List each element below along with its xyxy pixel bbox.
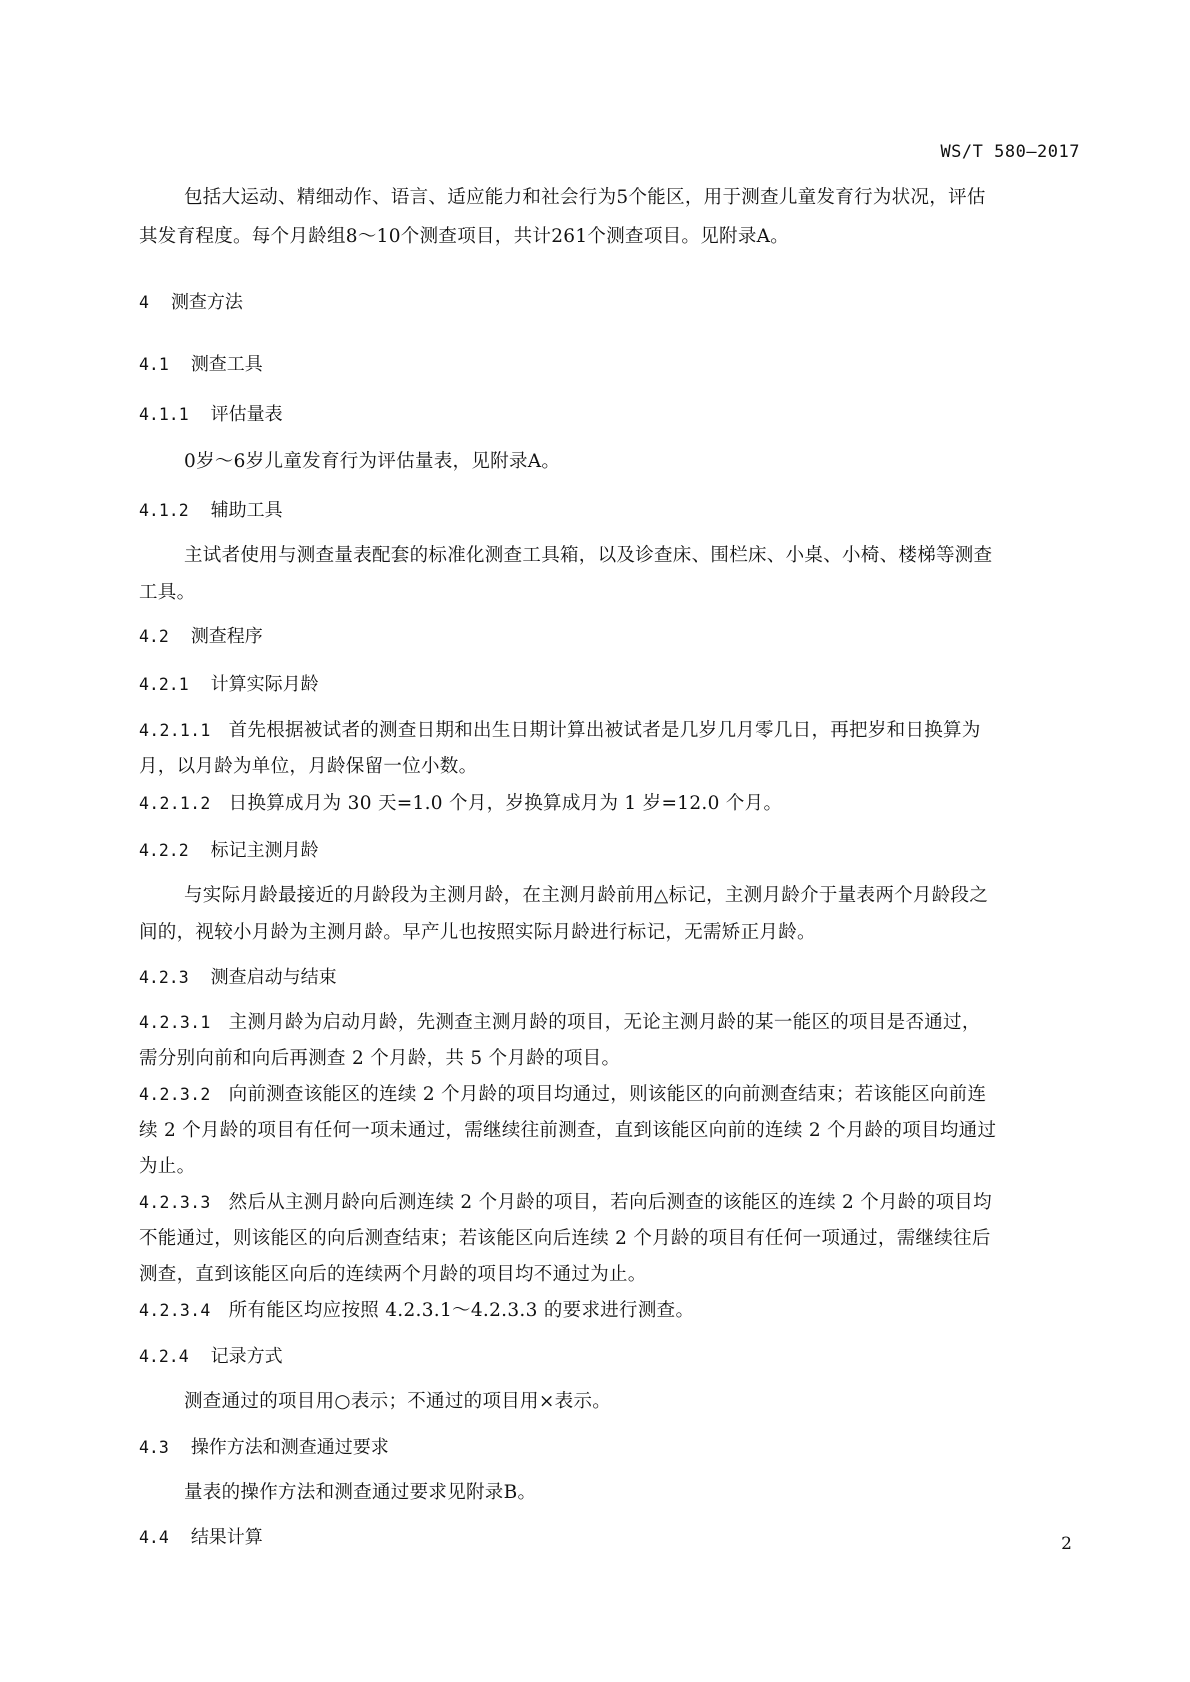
section-title: 测查工具	[191, 354, 263, 375]
section-title: 记录方式	[211, 1346, 283, 1367]
section-number: 4.2.3	[139, 968, 189, 987]
clause-4-2-1-1-line-1: 4.2.1.1首先根据被试者的测查日期和出生日期计算出被试者是几岁几月零几日，再…	[139, 716, 981, 742]
clause-4-2-3-2-line-2: 续 2 个月龄的项目有任何一项未通过，需继续往前测查，直到该能区向前的连续 2 …	[139, 1116, 996, 1142]
clause-number: 4.2.1.2	[139, 794, 211, 813]
section-title: 计算实际月龄	[211, 674, 319, 695]
section-title: 测查程序	[191, 626, 263, 647]
section-title: 测查启动与结束	[211, 967, 337, 988]
clause-4-2-3-3-line-2: 不能通过，则该能区的向后测查结束；若该能区向后连续 2 个月龄的项目有任何一项通…	[139, 1224, 991, 1250]
section-4-3-heading: 4.3操作方法和测查通过要求	[139, 1433, 389, 1459]
section-4-heading: 4测查方法	[139, 288, 243, 314]
section-4-1-heading: 4.1测查工具	[139, 350, 263, 376]
section-4-2-2-heading: 4.2.2标记主测月龄	[139, 836, 319, 862]
section-number: 4.1	[139, 355, 169, 374]
section-title: 辅助工具	[211, 500, 283, 521]
clause-number: 4.2.1.1	[139, 721, 211, 740]
clause-4-2-3-4-line-1: 4.2.3.4所有能区均应按照 4.2.3.1～4.2.3.3 的要求进行测查。	[139, 1296, 694, 1322]
clause-text: 主测月龄为启动月龄，先测查主测月龄的项目，无论主测月龄的某一能区的项目是否通过，	[229, 1012, 981, 1033]
document-page: WS/T 580—2017 包括大运动、精细动作、语言、适应能力和社会行为5个能…	[0, 0, 1190, 1682]
clause-text: 向前测查该能区的连续 2 个月龄的项目均通过，则该能区的向前测查结束；若该能区向…	[229, 1084, 987, 1105]
clause-number: 4.2.3.2	[139, 1085, 211, 1104]
section-4-1-2-line-2: 工具。	[139, 578, 195, 604]
clause-4-2-3-2-line-1: 4.2.3.2向前测查该能区的连续 2 个月龄的项目均通过，则该能区的向前测查结…	[139, 1080, 986, 1106]
section-number: 4.4	[139, 1528, 169, 1547]
section-4-2-2-line-1: 与实际月龄最接近的月龄段为主测月龄，在主测月龄前用△标记，主测月龄介于量表两个月…	[184, 881, 988, 907]
clause-number: 4.2.3.3	[139, 1193, 211, 1212]
section-4-2-heading: 4.2测查程序	[139, 622, 263, 648]
section-number: 4	[139, 293, 149, 312]
section-number: 4.1.1	[139, 405, 189, 424]
section-number: 4.2.1	[139, 675, 189, 694]
section-4-2-1-heading: 4.2.1计算实际月龄	[139, 670, 319, 696]
clause-text: 然后从主测月龄向后测连续 2 个月龄的项目，若向后测查的该能区的连续 2 个月龄…	[229, 1192, 992, 1213]
clause-number: 4.2.3.1	[139, 1013, 211, 1032]
clause-4-2-3-2-line-3: 为止。	[139, 1152, 195, 1178]
section-number: 4.2	[139, 627, 169, 646]
section-number: 4.3	[139, 1438, 169, 1457]
clause-text: 所有能区均应按照 4.2.3.1～4.2.3.3 的要求进行测查。	[229, 1300, 695, 1321]
section-4-2-4-text: 测查通过的项目用○表示；不通过的项目用×表示。	[184, 1387, 611, 1413]
clause-4-2-3-1-line-1: 4.2.3.1主测月龄为启动月龄，先测查主测月龄的项目，无论主测月龄的某一能区的…	[139, 1008, 981, 1034]
section-4-2-4-heading: 4.2.4记录方式	[139, 1342, 283, 1368]
section-4-4-heading: 4.4结果计算	[139, 1523, 263, 1549]
clause-4-2-3-1-line-2: 需分别向前和向后再测查 2 个月龄，共 5 个月龄的项目。	[139, 1044, 620, 1070]
section-title: 结果计算	[191, 1527, 263, 1548]
section-4-1-2-line-1: 主试者使用与测查量表配套的标准化测查工具箱，以及诊查床、围栏床、小桌、小椅、楼梯…	[184, 541, 992, 567]
clause-4-2-1-1-line-2: 月，以月龄为单位，月龄保留一位小数。	[139, 752, 477, 778]
clause-text: 首先根据被试者的测查日期和出生日期计算出被试者是几岁几月零几日，再把岁和日换算为	[229, 720, 981, 741]
intro-line-1: 包括大运动、精细动作、语言、适应能力和社会行为5个能区，用于测查儿童发育行为状况…	[184, 183, 986, 209]
clause-4-2-3-3-line-1: 4.2.3.3然后从主测月龄向后测连续 2 个月龄的项目，若向后测查的该能区的连…	[139, 1188, 992, 1214]
intro-line-2: 其发育程度。每个月龄组8～10个测查项目，共计261个测查项目。见附录A。	[139, 222, 789, 248]
section-number: 4.1.2	[139, 501, 189, 520]
section-4-3-text: 量表的操作方法和测查通过要求见附录B。	[184, 1478, 536, 1504]
section-title: 测查方法	[171, 292, 243, 313]
section-4-2-3-heading: 4.2.3测查启动与结束	[139, 963, 337, 989]
clause-number: 4.2.3.4	[139, 1301, 211, 1320]
section-4-1-1-text: 0岁～6岁儿童发育行为评估量表，见附录A。	[184, 447, 560, 473]
section-number: 4.2.2	[139, 841, 189, 860]
section-title: 标记主测月龄	[211, 840, 319, 861]
document-code: WS/T 580—2017	[940, 142, 1080, 162]
section-4-2-2-line-2: 间的，视较小月龄为主测月龄。早产儿也按照实际月龄进行标记，无需矫正月龄。	[139, 918, 816, 944]
section-title: 操作方法和测查通过要求	[191, 1437, 389, 1458]
section-4-1-2-heading: 4.1.2辅助工具	[139, 496, 283, 522]
section-number: 4.2.4	[139, 1347, 189, 1366]
section-4-1-1-heading: 4.1.1评估量表	[139, 400, 283, 426]
section-title: 评估量表	[211, 404, 283, 425]
page-number: 2	[1061, 1534, 1072, 1554]
clause-4-2-3-3-line-3: 测查，直到该能区向后的连续两个月龄的项目均不通过为止。	[139, 1260, 647, 1286]
clause-text: 日换算成月为 30 天=1.0 个月，岁换算成月为 1 岁=12.0 个月。	[229, 793, 783, 814]
clause-4-2-1-2-line-1: 4.2.1.2日换算成月为 30 天=1.0 个月，岁换算成月为 1 岁=12.…	[139, 789, 782, 815]
